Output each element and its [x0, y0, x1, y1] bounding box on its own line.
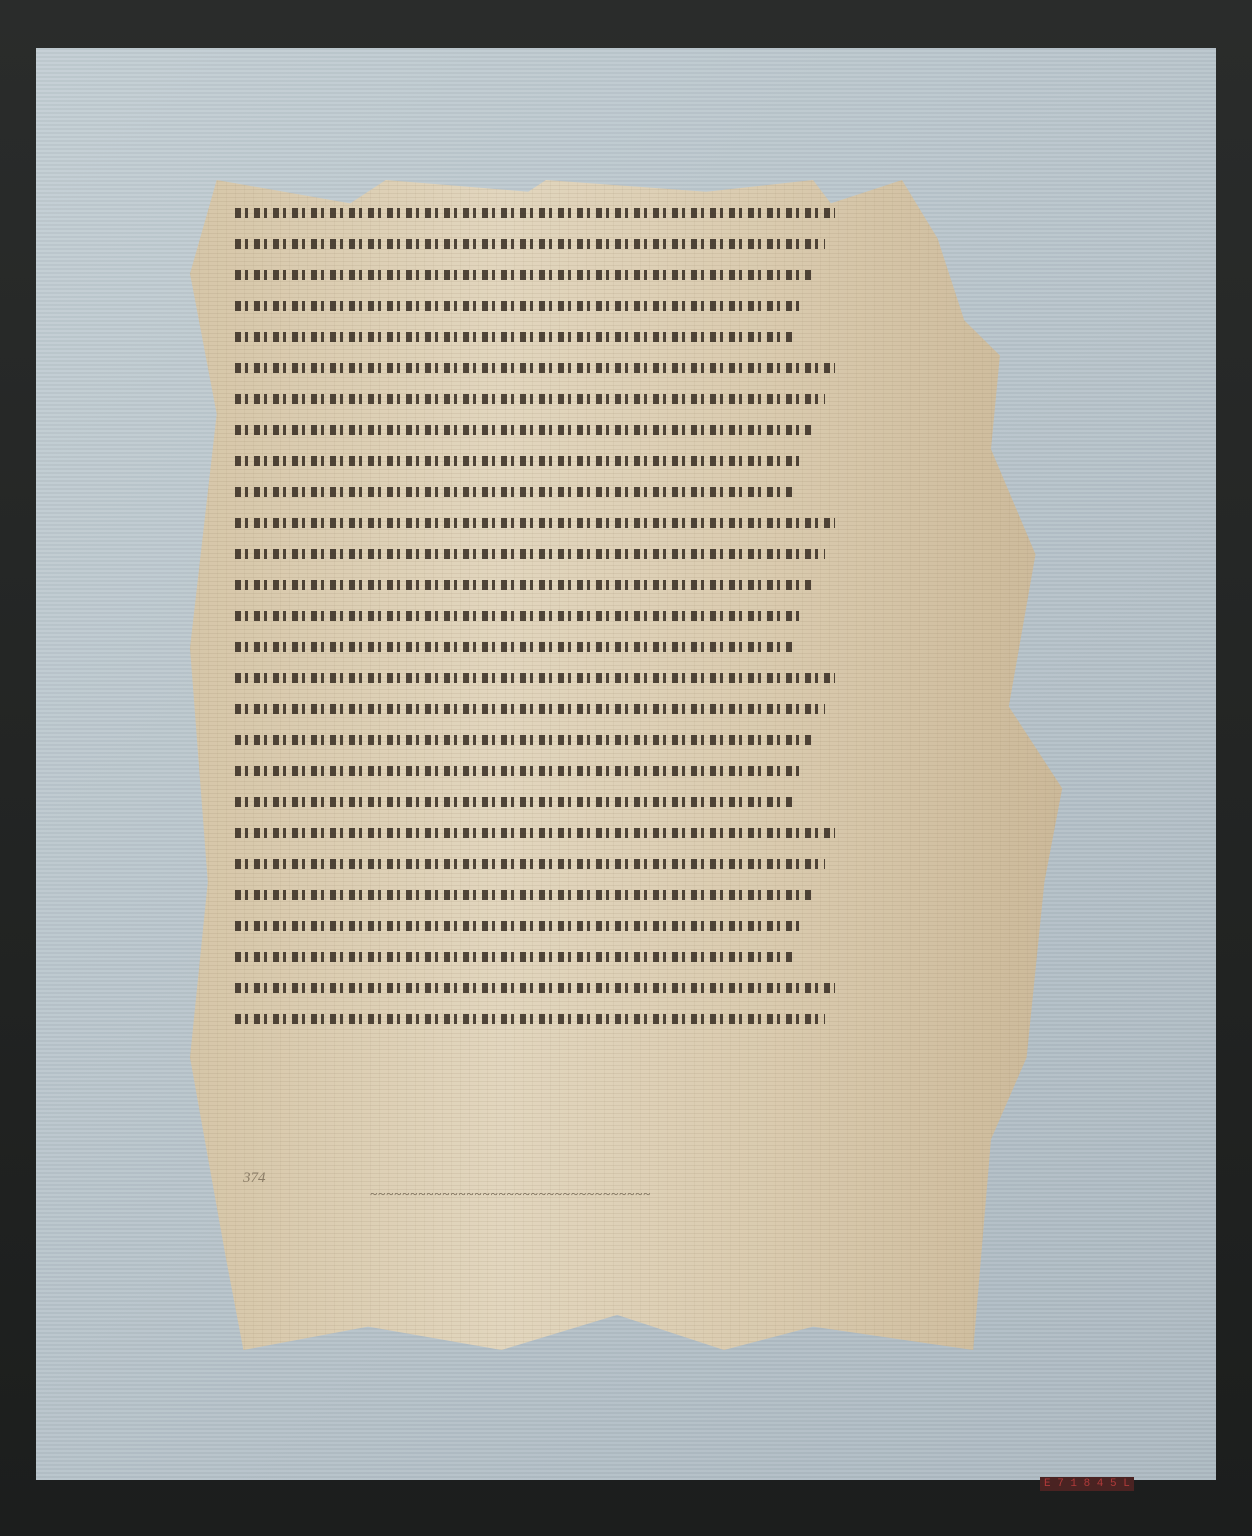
text-line: [235, 200, 875, 231]
text-line: [235, 634, 875, 665]
text-line: [235, 417, 875, 448]
lower-annotation: ~~~~~~~~~~~~~~~~~~~~~~~~~~~~~~~~~~~: [370, 1186, 651, 1202]
text-line: [235, 231, 875, 262]
text-line: [235, 448, 875, 479]
text-line: [235, 262, 875, 293]
text-line: [235, 1006, 875, 1037]
hieratic-text: [235, 200, 875, 1037]
text-line: [235, 603, 875, 634]
text-line: [235, 727, 875, 758]
text-line: [235, 386, 875, 417]
text-line: [235, 882, 875, 913]
text-line: [235, 355, 875, 386]
text-line: [235, 510, 875, 541]
text-line: [235, 572, 875, 603]
text-line: [235, 975, 875, 1006]
text-line: [235, 324, 875, 355]
text-line: [235, 789, 875, 820]
text-line: [235, 479, 875, 510]
text-line: [235, 820, 875, 851]
text-line: [235, 665, 875, 696]
text-line: [235, 851, 875, 882]
museum-label: E 7 1 8 4 5 L: [1040, 1477, 1134, 1491]
text-line: [235, 758, 875, 789]
inventory-number: 374: [243, 1170, 266, 1187]
text-line: [235, 944, 875, 975]
text-line: [235, 913, 875, 944]
text-line: [235, 541, 875, 572]
text-line: [235, 696, 875, 727]
text-line: [235, 293, 875, 324]
